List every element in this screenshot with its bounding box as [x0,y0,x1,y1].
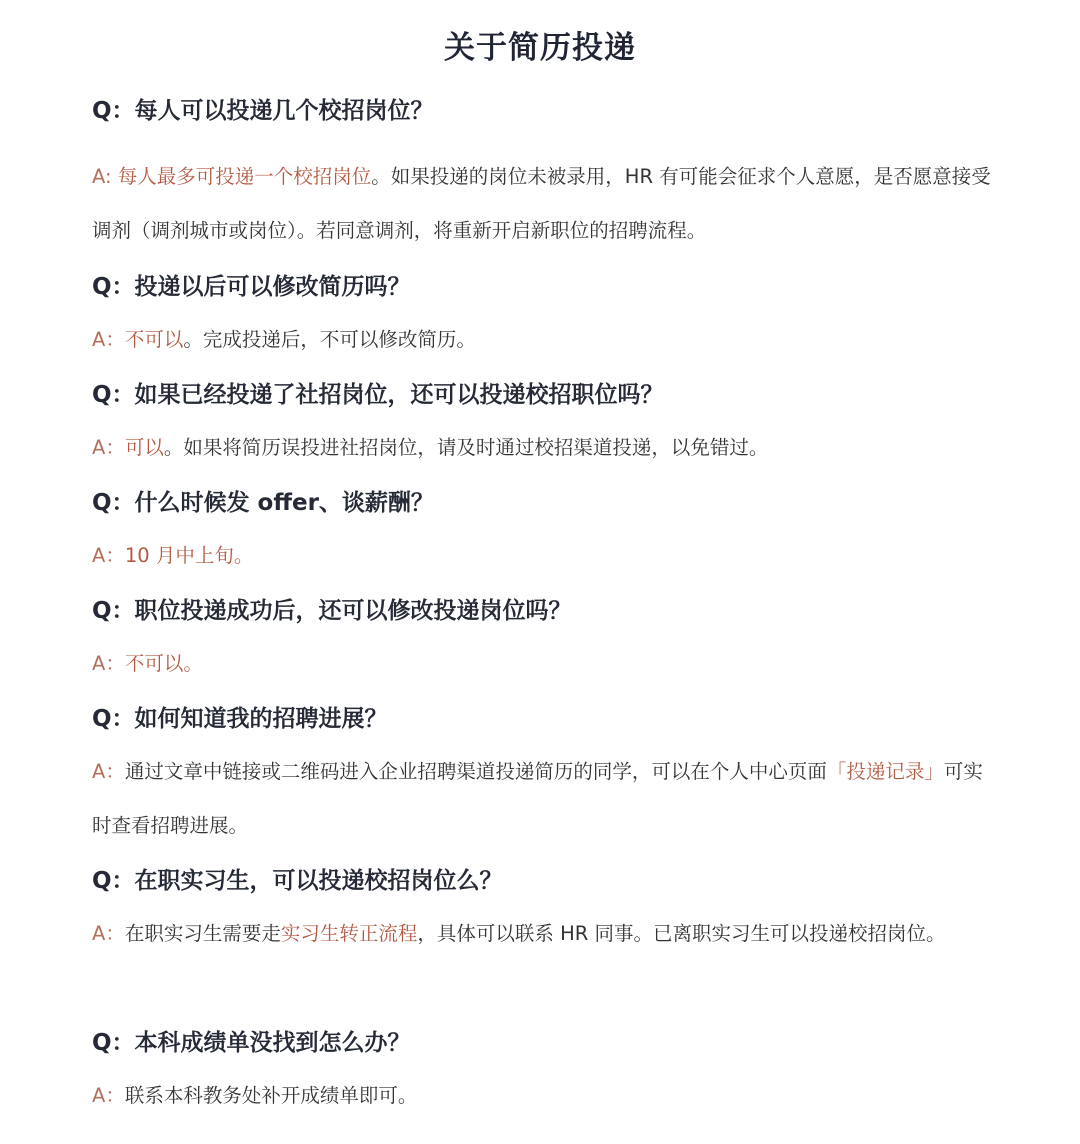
faq-answer-6: A：通过文章中链接或二维码进入企业招聘渠道投递简历的同学，可以在个人中心页面「投… [92,745,1002,853]
answer-label: A： [92,1084,125,1107]
answer-highlight: 「投递记录」 [827,760,944,783]
answer-text: 。完成投递后，不可以修改简历。 [183,328,476,351]
page-title: 关于简历投递 [0,22,1080,67]
faq-answer-2: A：不可以。完成投递后，不可以修改简历。 [92,313,1002,367]
answer-highlight: 10 月中上旬。 [125,544,254,567]
answer-highlight: 每人最多可投递一个校招岗位 [118,165,372,188]
faq-question-8: Q：本科成绩单没找到怎么办？ [92,1024,411,1057]
answer-label: A： [92,652,125,675]
faq-question-2: Q：投递以后可以修改简历吗？ [92,268,411,301]
faq-question-1: Q：每人可以投递几个校招岗位？ [92,92,434,125]
faq-answer-5: A：不可以。 [92,637,1002,691]
faq-question-7: Q：在职实习生，可以投递校招岗位么？ [92,862,503,895]
answer-text-pre: 在职实习生需要走 [125,922,281,945]
faq-question-6: Q：如何知道我的招聘进展？ [92,700,388,733]
faq-answer-7: A：在职实习生需要走实习生转正流程，具体可以联系 HR 同事。已离职实习生可以投… [92,907,1002,961]
answer-label: A： [92,760,125,783]
faq-answer-3: A：可以。如果将简历误投进社招岗位，请及时通过校招渠道投递，以免错过。 [92,421,1002,475]
answer-highlight: 实习生转正流程 [281,922,418,945]
faq-question-4: Q：什么时候发 offer、谈薪酬？ [92,484,434,517]
answer-label: A： [92,328,125,351]
answer-label: A: [92,165,118,188]
answer-highlight: 不可以。 [125,652,203,675]
answer-text-pre: 通过文章中链接或二维码进入企业招聘渠道投递简历的同学，可以在个人中心页面 [125,760,827,783]
answer-highlight: 可以 [125,436,164,459]
answer-highlight: 不可以 [125,328,184,351]
faq-answer-4: A：10 月中上旬。 [92,529,1002,583]
faq-answer-1: A: 每人最多可投递一个校招岗位。如果投递的岗位未被录用，HR 有可能会征求个人… [92,150,1002,258]
answer-label: A： [92,544,125,567]
answer-text: 。如果将简历误投进社招岗位，请及时通过校招渠道投递，以免错过。 [164,436,769,459]
faq-question-5: Q：职位投递成功后，还可以修改投递岗位吗？ [92,592,572,625]
answer-text-pre: 联系本科教务处补开成绩单即可。 [125,1084,418,1107]
answer-label: A： [92,436,125,459]
answer-text: ，具体可以联系 HR 同事。已离职实习生可以投递校招岗位。 [417,922,945,945]
faq-answer-8: A：联系本科教务处补开成绩单即可。 [92,1069,1002,1123]
faq-question-3: Q：如果已经投递了社招岗位，还可以投递校招职位吗？ [92,376,664,409]
answer-label: A： [92,922,125,945]
